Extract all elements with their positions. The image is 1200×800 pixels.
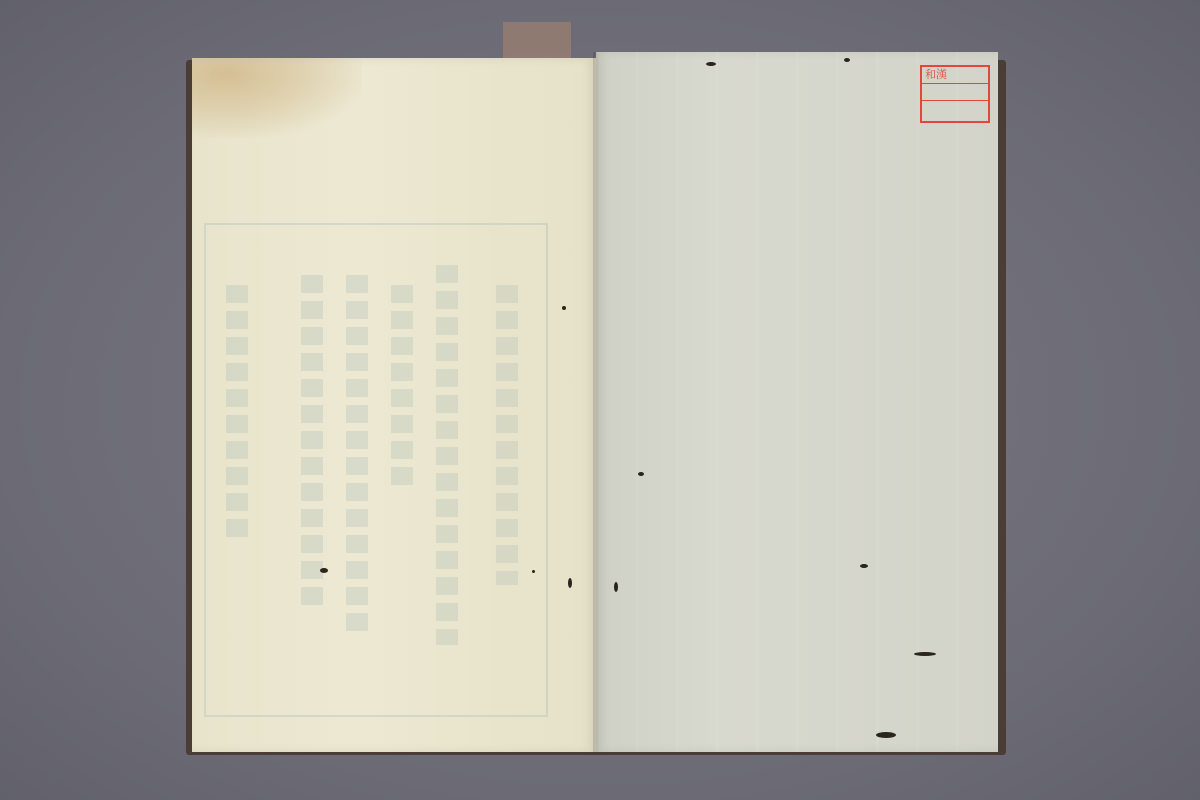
- wormhole: [568, 578, 572, 588]
- wormhole: [860, 564, 868, 568]
- wormhole: [532, 570, 535, 573]
- bleed-through-column: [346, 275, 368, 635]
- wormhole: [914, 652, 936, 656]
- stamp-line-3: [922, 101, 988, 117]
- library-stamp: 和漢: [920, 65, 990, 123]
- wormhole: [638, 472, 644, 476]
- bleed-through-text-frame: [204, 223, 548, 717]
- bleed-through-column: [496, 285, 518, 585]
- stamp-line-1: 和漢: [922, 67, 988, 84]
- wormhole: [614, 582, 618, 592]
- bleed-through-column: [391, 285, 413, 485]
- water-stain: [192, 58, 362, 138]
- bleed-through-column: [226, 285, 248, 545]
- left-page: [192, 58, 596, 752]
- wormhole: [706, 62, 716, 66]
- wormhole: [320, 568, 328, 573]
- right-page: [596, 52, 998, 752]
- paper-fibers: [596, 52, 998, 752]
- bleed-through-column: [436, 265, 458, 645]
- wormhole: [876, 732, 896, 738]
- wormhole: [844, 58, 850, 62]
- bleed-through-column: [301, 275, 323, 605]
- book-gutter: [593, 52, 599, 752]
- wormhole: [562, 306, 566, 310]
- stamp-line-2: [922, 84, 988, 101]
